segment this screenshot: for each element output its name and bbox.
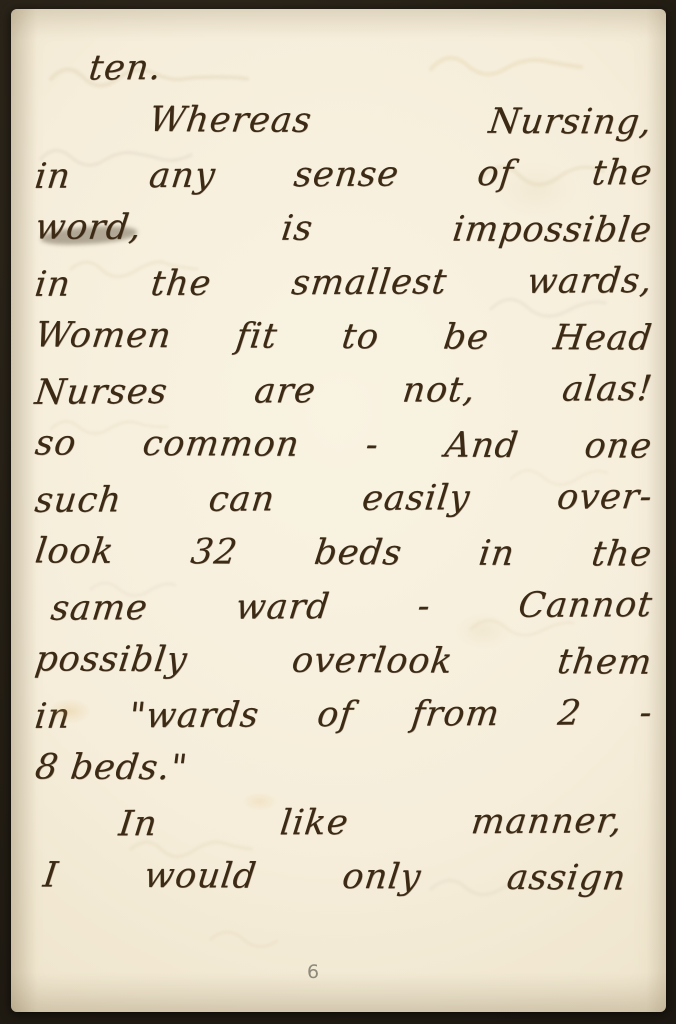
handwritten-line-3: in any sense of the [11, 148, 666, 206]
handwritten-line-8: so common - And one [11, 418, 666, 475]
handwritten-line-9: such can easily over- [11, 472, 666, 530]
handwritten-line-6: Women fit to be Head [11, 310, 666, 367]
handwritten-line-10: look 32 beds in the [11, 526, 666, 583]
handwritten-line-5: in the smallest wards, [11, 256, 666, 314]
handwritten-text: ten. Whereas Nursing, in any sense of th… [11, 42, 666, 906]
handwritten-line-11: same ward - Cannot [11, 580, 666, 638]
handwritten-line-13: in "wards of from 2 - [11, 688, 666, 746]
handwritten-line-4: word, is impossible [11, 202, 666, 259]
handwritten-line-1: ten. [11, 40, 666, 98]
handwritten-line-14: 8 beds." [11, 742, 666, 799]
handwritten-line-16: I would only assign [11, 850, 666, 907]
photo-mount: ten. Whereas Nursing, in any sense of th… [0, 0, 676, 1024]
pencil-page-number: 6 [307, 961, 319, 983]
letter-page: ten. Whereas Nursing, in any sense of th… [11, 9, 666, 1012]
handwritten-line-12: possibly overlook them [11, 634, 666, 691]
handwritten-line-7: Nurses are not, alas! [11, 364, 666, 422]
handwritten-line-2: Whereas Nursing, [11, 94, 666, 151]
handwritten-line-15: In like manner, [11, 796, 666, 854]
